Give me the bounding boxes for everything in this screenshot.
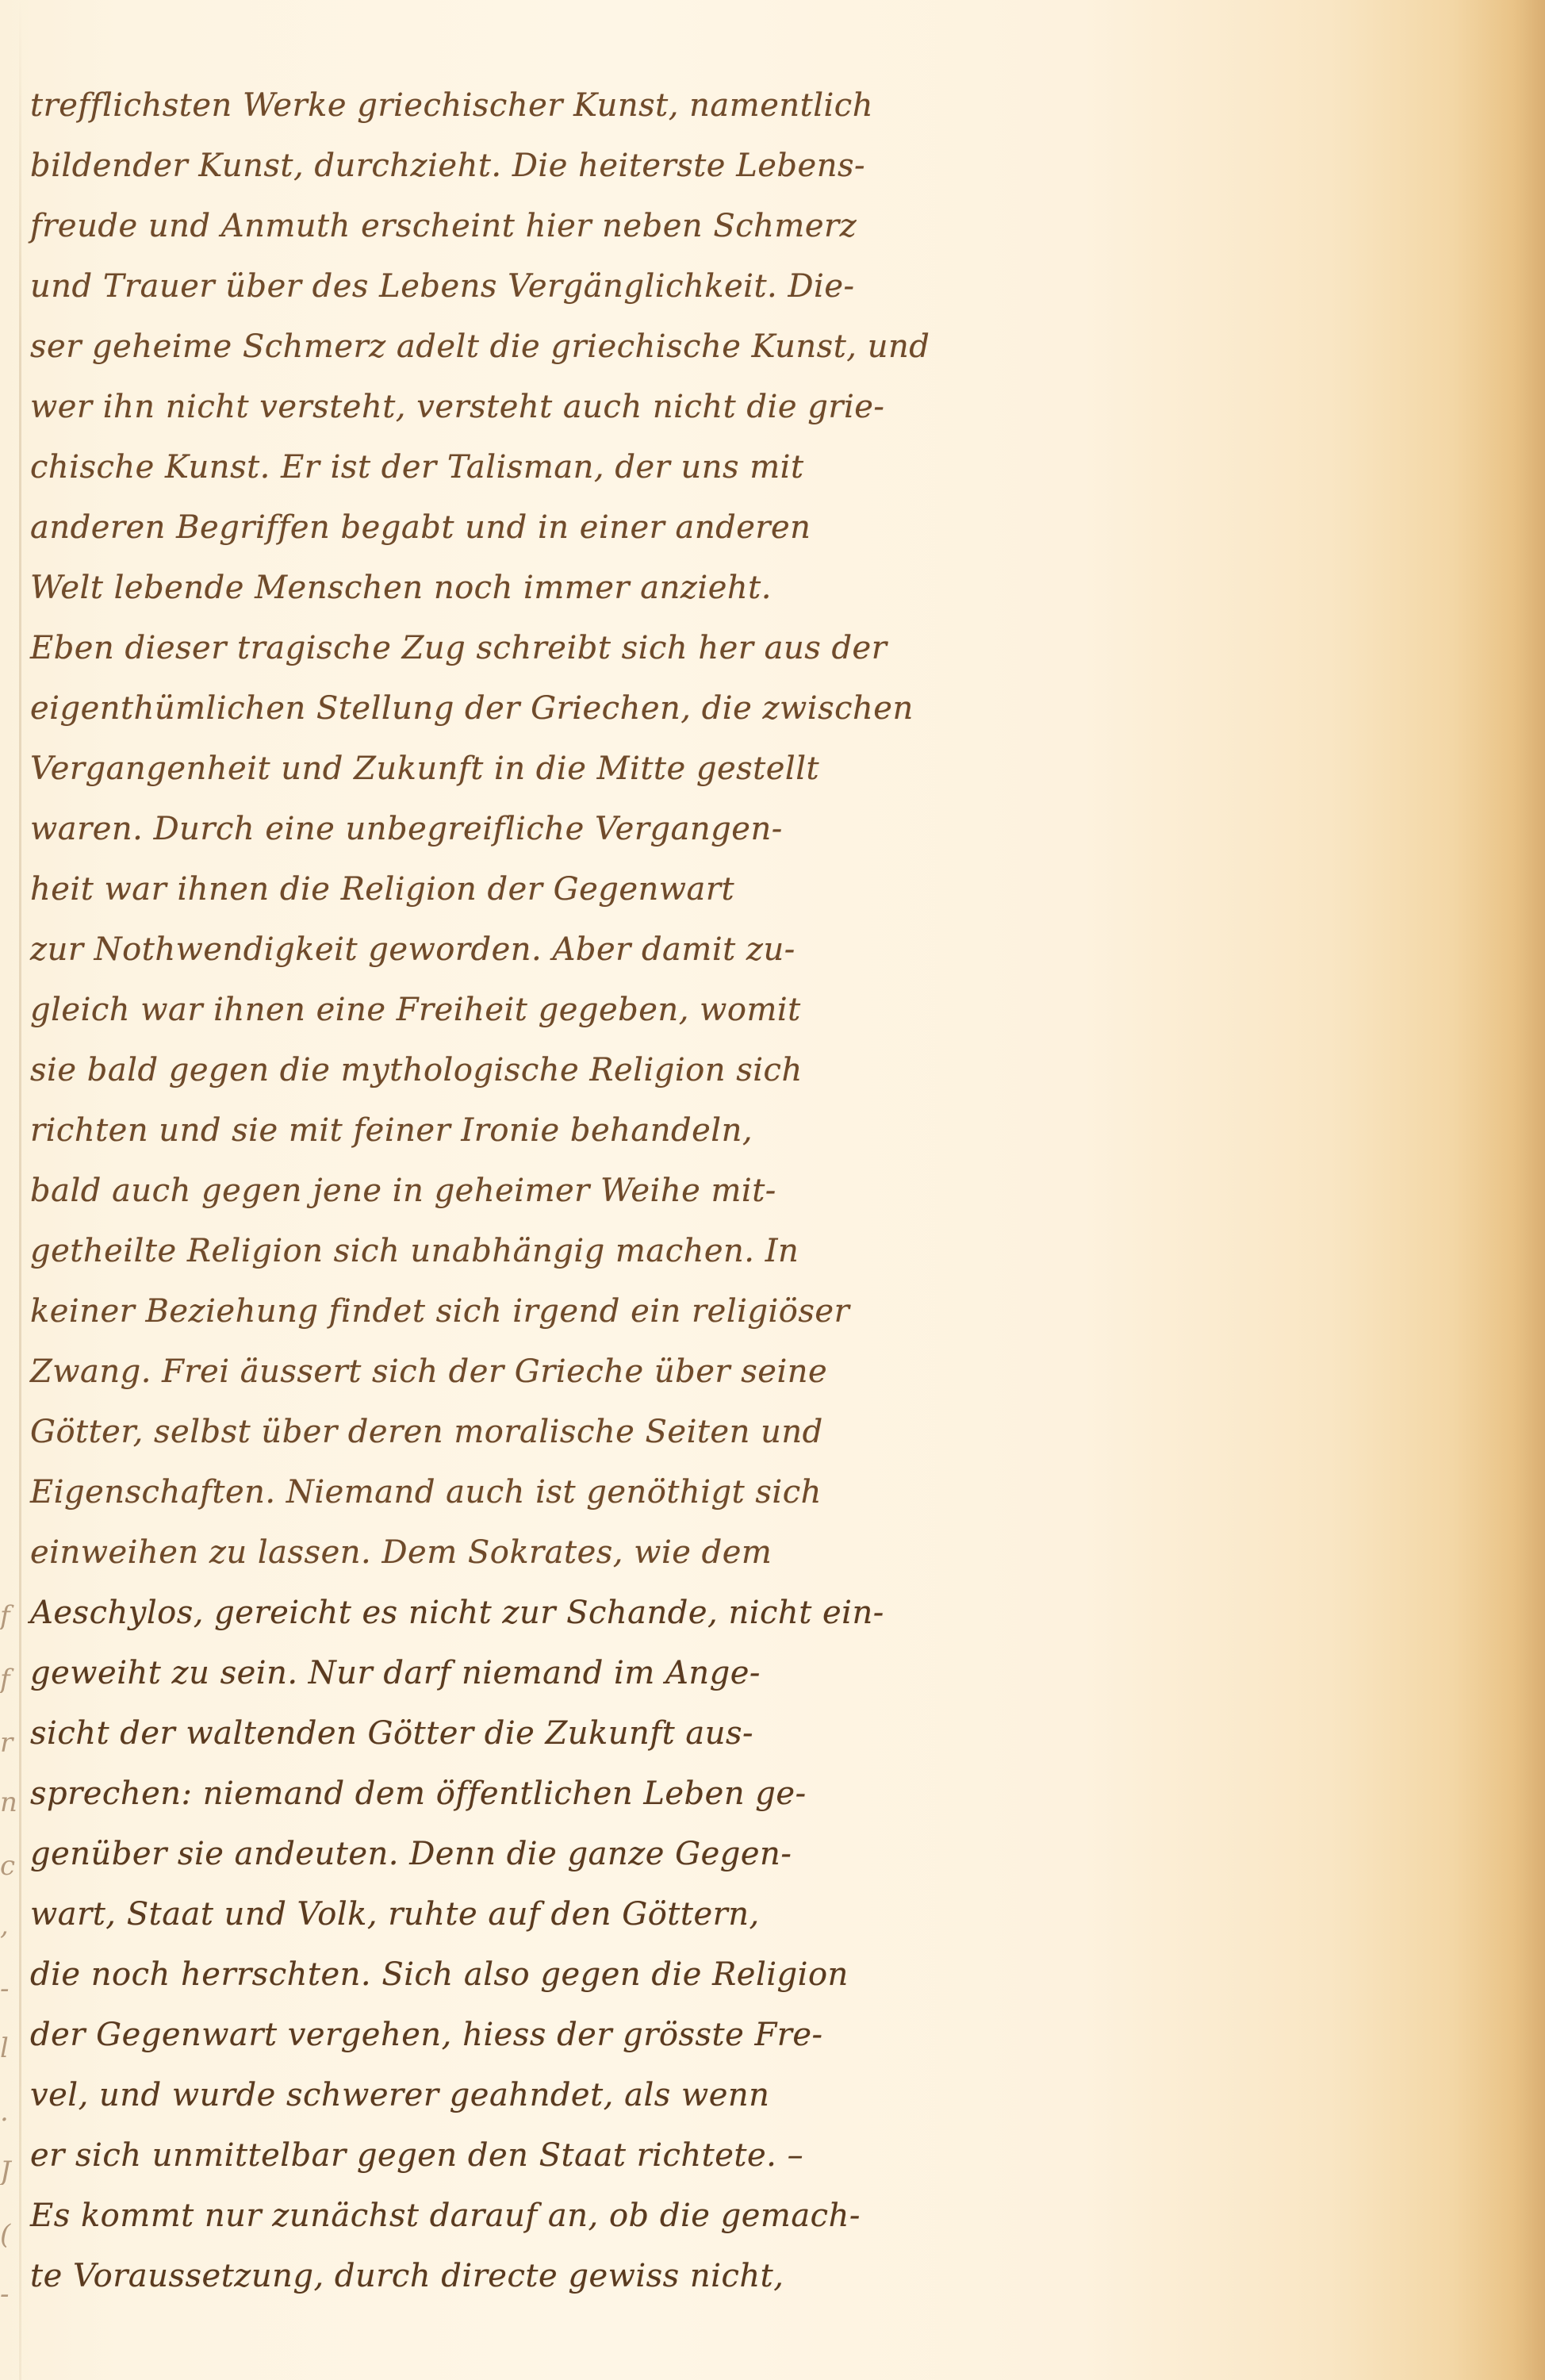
margin-bleed-through: . (0, 2098, 19, 2125)
manuscript-line: sprechen: niemand dem öffentlichen Leben… (30, 1775, 855, 1812)
manuscript-line: Götter, selbst über deren moralische Sei… (30, 1414, 855, 1450)
margin-bleed-through: ( (0, 2221, 19, 2248)
manuscript-line: zur Nothwendigkeit geworden. Aber damit … (30, 931, 855, 968)
manuscript-line: sicht der waltenden Götter die Zukunft a… (30, 1715, 855, 1752)
manuscript-line: Welt lebende Menschen noch immer anzieht… (30, 570, 855, 606)
manuscript-line: chische Kunst. Er ist der Talisman, der … (30, 449, 855, 486)
manuscript-line: freude und Anmuth erscheint hier neben S… (30, 208, 855, 244)
manuscript-line: einweihen zu lassen. Dem Sokrates, wie d… (30, 1534, 855, 1571)
manuscript-line: genüber sie andeuten. Denn die ganze Geg… (30, 1836, 855, 1872)
manuscript-line: richten und sie mit feiner Ironie behand… (30, 1112, 855, 1149)
manuscript-line: ser geheime Schmerz adelt die griechisch… (30, 328, 855, 365)
manuscript-line: Eben dieser tragische Zug schreibt sich … (30, 630, 855, 666)
manuscript-line: er sich unmittelbar gegen den Staat rich… (30, 2137, 855, 2174)
manuscript-line: Aeschylos, gereicht es nicht zur Schande… (30, 1595, 855, 1631)
manuscript-line: te Voraussetzung, durch directe gewiss n… (30, 2258, 855, 2294)
manuscript-line: trefflichsten Werke griechischer Kunst, … (30, 87, 855, 124)
manuscript-line: geweiht zu sein. Nur darf niemand im Ang… (30, 1655, 855, 1691)
manuscript-line: heit war ihnen die Religion der Gegenwar… (30, 871, 855, 908)
manuscript-line: keiner Beziehung findet sich irgend ein … (30, 1293, 855, 1330)
manuscript-line: Vergangenheit und Zukunft in die Mitte g… (30, 750, 855, 787)
manuscript-line: und Trauer über des Lebens Vergänglichke… (30, 268, 855, 305)
manuscript-line: der Gegenwart vergehen, hiess der grösst… (30, 2017, 855, 2053)
margin-bleed-through: - (0, 1975, 19, 2002)
margin-bleed-through: c (0, 1852, 19, 1879)
manuscript-line: bildender Kunst, durchzieht. Die heiters… (30, 148, 855, 184)
margin-bleed-through: J (0, 2158, 19, 2185)
manuscript-line: anderen Begriffen begabt und in einer an… (30, 509, 855, 546)
manuscript-line: Eigenschaften. Niemand auch ist genöthig… (30, 1474, 855, 1511)
margin-bleed-through: f (0, 1603, 19, 1630)
manuscript-line: Es kommt nur zunächst darauf an, ob die … (30, 2198, 855, 2234)
page-fold-line (19, 0, 21, 2380)
manuscript-line: bald auch gegen jene in geheimer Weihe m… (30, 1173, 855, 1209)
manuscript-page: f f r n c , - l . J ( - trefflichsten We… (0, 0, 1545, 2380)
manuscript-line: vel, und wurde schwerer geahndet, als we… (30, 2077, 855, 2113)
manuscript-line: getheilte Religion sich unabhängig mache… (30, 1233, 855, 1269)
manuscript-line: wer ihn nicht versteht, versteht auch ni… (30, 389, 855, 425)
manuscript-line: die noch herrschten. Sich also gegen die… (30, 1956, 855, 1993)
margin-bleed-through: , (0, 1912, 19, 1939)
margin-bleed-through: l (0, 2035, 19, 2062)
margin-bleed-through: f (0, 1666, 19, 1693)
margin-bleed-through: r (0, 1729, 19, 1756)
manuscript-line: waren. Durch eine unbegreifliche Vergang… (30, 811, 855, 847)
margin-bleed-through: - (0, 2281, 19, 2308)
manuscript-line: wart, Staat und Volk, ruhte auf den Gött… (30, 1896, 855, 1933)
margin-bleed-through: n (0, 1789, 19, 1816)
manuscript-line: eigenthümlichen Stellung der Griechen, d… (30, 690, 855, 727)
manuscript-line: sie bald gegen die mythologische Religio… (30, 1052, 855, 1088)
manuscript-line: gleich war ihnen eine Freiheit gegeben, … (30, 992, 855, 1028)
manuscript-line: Zwang. Frei äussert sich der Grieche übe… (30, 1353, 855, 1390)
